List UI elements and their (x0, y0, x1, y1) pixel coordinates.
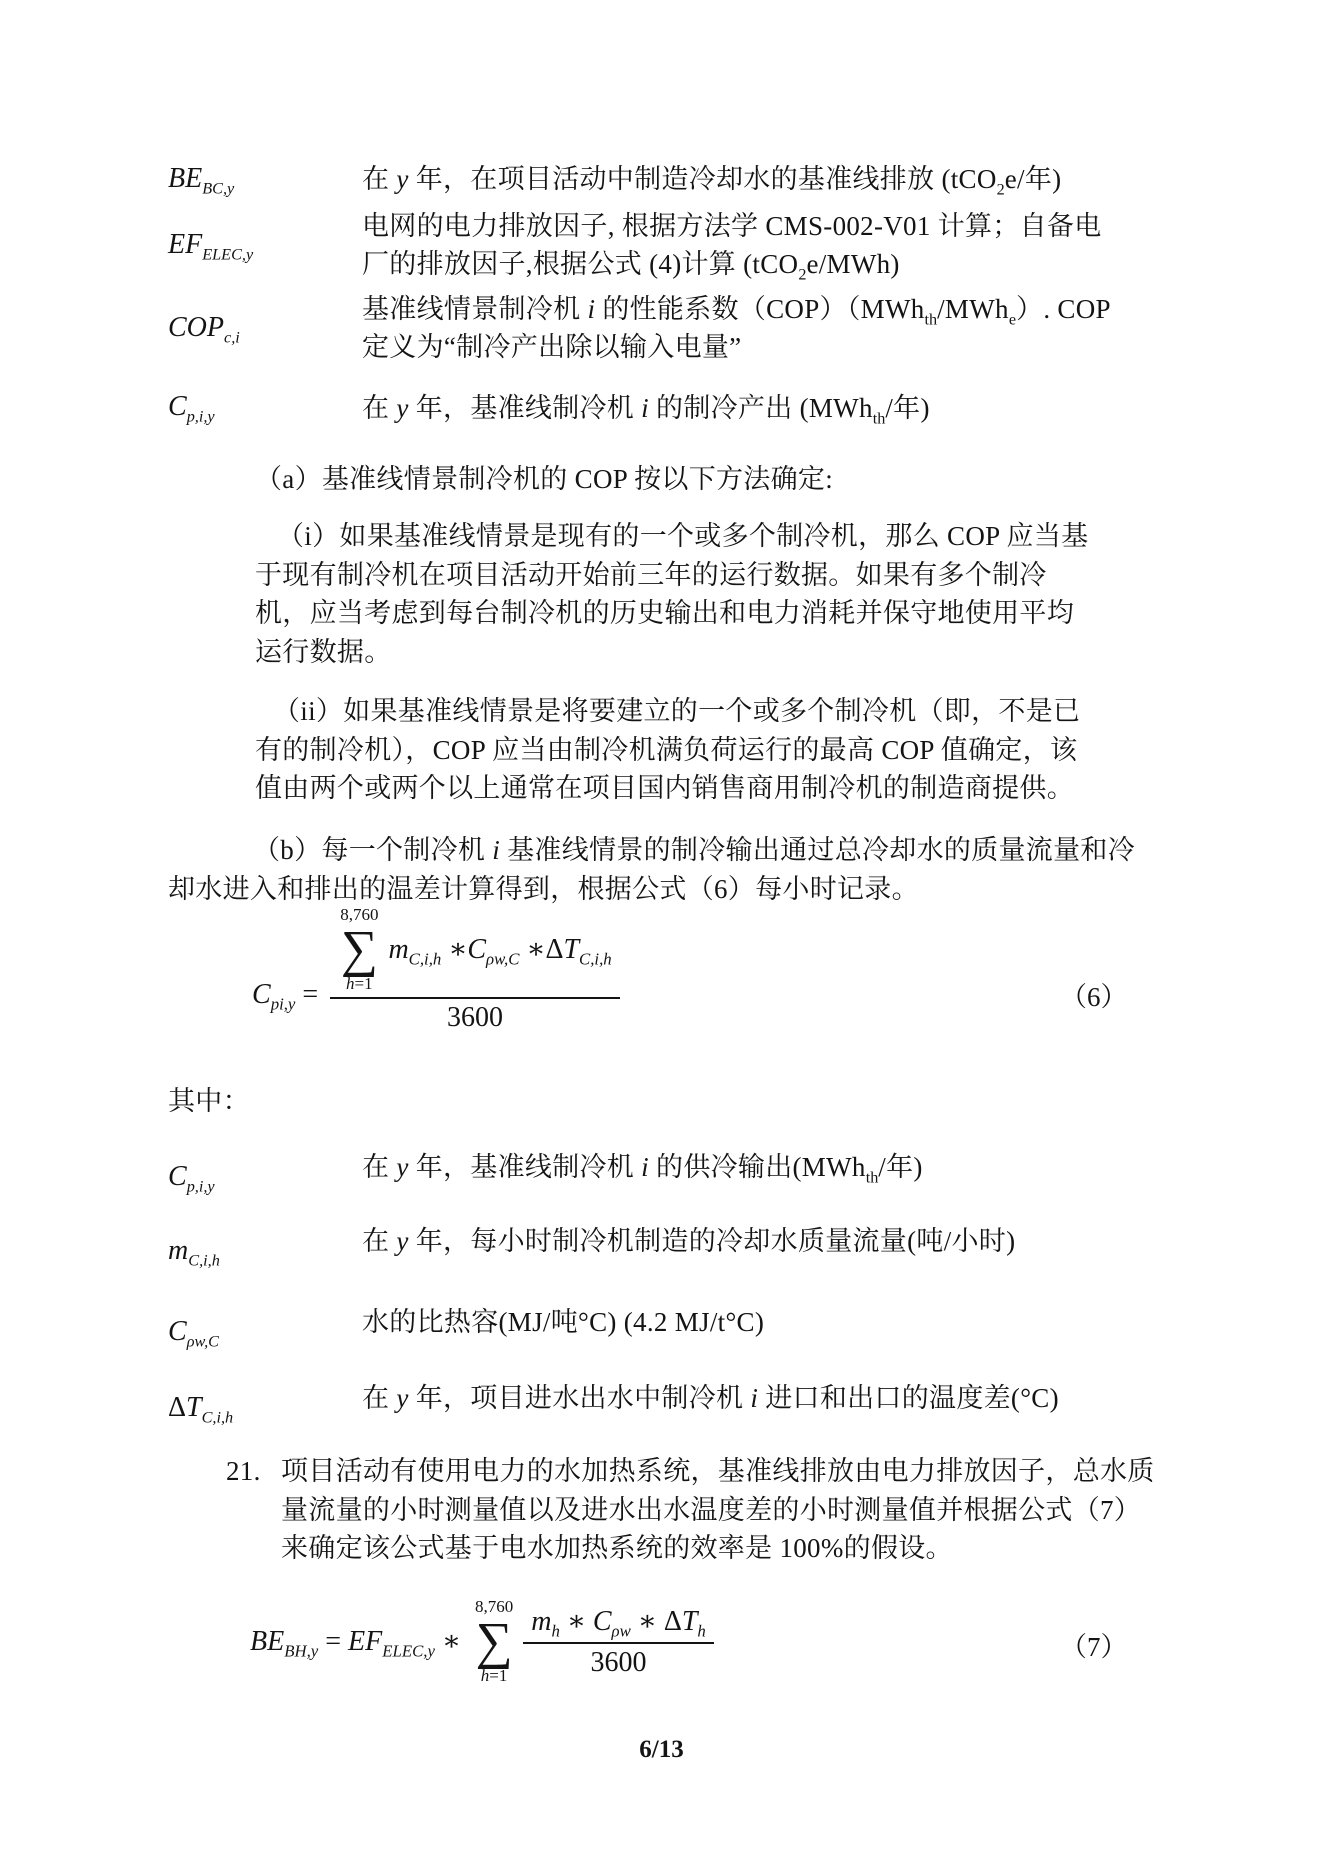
formula-6-fraction: 8,760 ∑ h=1 mC,i,h ∗Cρw,C ∗ΔTC,i,h 3600 (330, 905, 620, 1034)
variable-description: 在 y 年，基准线制冷机 i 的供冷输出(MWhth/年) (362, 1148, 1168, 1187)
summation-symbol: 8,760 ∑ h=1 (340, 905, 378, 993)
paragraph-line: 却水进入和排出的温差计算得到，根据公式（6）每小时记录。 (168, 870, 1135, 909)
description-line: 水的比热容(MJ/吨°C) (4.2 MJ/t°C) (362, 1303, 1168, 1342)
variable-symbol-m: mC,i,h (168, 1222, 362, 1267)
paragraph-i: （i）如果基准线情景是现有的一个或多个制冷机，那么 COP 应当基 于现有制冷机… (255, 517, 1088, 671)
variable-description: 水的比热容(MJ/吨°C) (4.2 MJ/t°C) (362, 1303, 1168, 1342)
paragraph-b: （b）每一个制冷机 i 基准线情景的制冷输出通过总冷却水的质量流量和冷 却水进入… (168, 831, 1135, 908)
paragraph-line: （ii）如果基准线情景是将要建立的一个或多个制冷机（即，不是已 (255, 692, 1080, 731)
description-line: 基准线情景制冷机 i 的性能系数（COP）（MWhth/MWhe）. COP (362, 290, 1168, 329)
formula-6: Cpi,y = 8,760 ∑ h=1 mC,i,h ∗Cρw,C ∗ΔTC,i… (252, 905, 620, 1034)
formula-7-denominator: 3600 (523, 1642, 714, 1679)
formula-6-denominator: 3600 (330, 997, 620, 1034)
variable-description: 在 y 年，在项目活动中制造冷却水的基准线排放 (tCO2e/年) (362, 160, 1168, 199)
page-number: 6/13 (0, 1736, 1323, 1764)
paragraph-line: 于现有制冷机在项目活动开始前三年的运行数据。如果有多个制冷 (255, 556, 1088, 595)
summation-symbol: 8,760 ∑ h=1 (475, 1597, 513, 1685)
description-line: 电网的电力排放因子, 根据方法学 CMS-002-V01 计算；自备电 (362, 207, 1168, 246)
definition-list-top: BEBC,y 在 y 年，在项目活动中制造冷却水的基准线排放 (tCO2e/年)… (168, 160, 1168, 427)
definition-row-cpw: Cρw,C 水的比热容(MJ/吨°C) (4.2 MJ/t°C) (168, 1303, 1168, 1348)
formula-7-fraction: mh ∗ Cρw ∗ ΔTh 3600 (523, 1604, 714, 1679)
formula-7: BEBH,y = EFELEC,y ∗ 8,760 ∑ h=1 mh ∗ Cρw… (250, 1597, 714, 1685)
numerator-terms: mC,i,h ∗Cρw,C ∗ΔTC,i,h (388, 932, 611, 966)
paragraph-a: （a）基准线情景制冷机的 COP 按以下方法确定: (255, 460, 833, 499)
variable-symbol-ef: EFELEC,y (168, 230, 362, 261)
variable-description: 电网的电力排放因子, 根据方法学 CMS-002-V01 计算；自备电 厂的排放… (362, 207, 1168, 284)
description-line: 在 y 年，在项目活动中制造冷却水的基准线排放 (tCO2e/年) (362, 160, 1168, 199)
paragraph-line: 21. 项目活动有使用电力的水加热系统，基准线排放由电力排放因子，总水质 (226, 1452, 1155, 1491)
formula-6-numerator: 8,760 ∑ h=1 mC,i,h ∗Cρw,C ∗ΔTC,i,h (330, 905, 620, 997)
sigma-icon: ∑ (476, 1617, 513, 1666)
sigma-icon: ∑ (341, 925, 378, 974)
paragraph-text: 项目活动有使用电力的水加热系统，基准线排放由电力排放因子，总水质 (281, 1452, 1155, 1491)
definition-row-m: mC,i,h 在 y 年，每小时制冷机制造的冷却水质量流量(吨/小时) (168, 1222, 1168, 1267)
description-line: 在 y 年，基准线制冷机 i 的制冷产出 (MWhth/年) (362, 389, 1168, 428)
formula-7-numerator: mh ∗ Cρw ∗ ΔTh (523, 1604, 714, 1642)
variable-symbol-cop: COPc,i (168, 313, 362, 344)
paragraph-21: 21. 项目活动有使用电力的水加热系统，基准线排放由电力排放因子，总水质 量流量… (226, 1452, 1155, 1568)
sum-lower-limit: h=1 (346, 974, 373, 994)
paragraph-line: （a）基准线情景制冷机的 COP 按以下方法确定: (255, 460, 833, 499)
definition-row-ef: EFELEC,y 电网的电力排放因子, 根据方法学 CMS-002-V01 计算… (168, 207, 1168, 284)
paragraph-line: （b）每一个制冷机 i 基准线情景的制冷输出通过总冷却水的质量流量和冷 (168, 831, 1135, 870)
paragraph-ii: （ii）如果基准线情景是将要建立的一个或多个制冷机（即，不是已 有的制冷机），C… (255, 692, 1080, 808)
variable-description: 基准线情景制冷机 i 的性能系数（COP）（MWhth/MWhe）. COP 定… (362, 290, 1168, 367)
formula-6-lhs: Cpi,y = (252, 979, 318, 1011)
paragraph-line: 有的制冷机），COP 应当由制冷机满负荷运行的最高 COP 值确定，该 (255, 731, 1080, 770)
variable-symbol-be: BEBC,y (168, 164, 362, 195)
definition-row-dt: ΔTC,i,h 在 y 年，项目进水出水中制冷机 i 进口和出口的温度差(°C) (168, 1379, 1168, 1424)
definition-list-bottom: Cp,i,y 在 y 年，基准线制冷机 i 的供冷输出(MWhth/年) mC,… (168, 1148, 1168, 1424)
variable-symbol-cp: Cp,i,y (168, 1148, 362, 1193)
paragraph-line: 来确定该公式基于电水加热系统的效率是 100%的假设。 (226, 1529, 1155, 1568)
description-line: 厂的排放因子,根据公式 (4)计算 (tCO2e/MWh) (362, 245, 1168, 284)
variable-description: 在 y 年，基准线制冷机 i 的制冷产出 (MWhth/年) (362, 389, 1168, 428)
variable-symbol-cp: Cp,i,y (168, 392, 362, 423)
description-line: 在 y 年，基准线制冷机 i 的供冷输出(MWhth/年) (362, 1148, 1168, 1187)
equation-number-7: （7） (1060, 1625, 1128, 1664)
numerator-terms: mh ∗ Cρw ∗ ΔTh (531, 1604, 706, 1638)
definition-row-cp2: Cp,i,y 在 y 年，基准线制冷机 i 的供冷输出(MWhth/年) (168, 1148, 1168, 1193)
paragraph-line: 值由两个或两个以上通常在项目国内销售商用制冷机的制造商提供。 (255, 769, 1080, 808)
variable-symbol-cpw: Cρw,C (168, 1303, 362, 1348)
sum-lower-limit: h=1 (481, 1666, 508, 1686)
variable-description: 在 y 年，项目进水出水中制冷机 i 进口和出口的温度差(°C) (362, 1379, 1168, 1418)
variable-description: 在 y 年，每小时制冷机制造的冷却水质量流量(吨/小时) (362, 1222, 1168, 1261)
document-page: BEBC,y 在 y 年，在项目活动中制造冷却水的基准线排放 (tCO2e/年)… (0, 0, 1323, 1871)
definition-row-cop: COPc,i 基准线情景制冷机 i 的性能系数（COP）（MWhth/MWhe）… (168, 290, 1168, 367)
paragraph-line: （i）如果基准线情景是现有的一个或多个制冷机，那么 COP 应当基 (255, 517, 1088, 556)
definition-row-be: BEBC,y 在 y 年，在项目活动中制造冷却水的基准线排放 (tCO2e/年) (168, 160, 1168, 199)
among-label: 其中： (168, 1082, 250, 1121)
formula-7-lhs: BEBH,y = EFELEC,y ∗ (250, 1624, 461, 1658)
definition-row-cp: Cp,i,y 在 y 年，基准线制冷机 i 的制冷产出 (MWhth/年) (168, 389, 1168, 428)
paragraph-line: 运行数据。 (255, 633, 1088, 672)
variable-symbol-dt: ΔTC,i,h (168, 1379, 362, 1424)
equation-number-6: （6） (1060, 975, 1128, 1014)
description-line: 在 y 年，每小时制冷机制造的冷却水质量流量(吨/小时) (362, 1222, 1168, 1261)
description-line: 在 y 年，项目进水出水中制冷机 i 进口和出口的温度差(°C) (362, 1379, 1168, 1418)
description-line: 定义为“制冷产出除以输入电量” (362, 328, 1168, 367)
paragraph-line: 量流量的小时测量值以及进水出水温度差的小时测量值并根据公式（7） (226, 1491, 1155, 1530)
list-number: 21. (226, 1452, 281, 1491)
paragraph-line: 机，应当考虑到每台制冷机的历史输出和电力消耗并保守地使用平均 (255, 594, 1088, 633)
